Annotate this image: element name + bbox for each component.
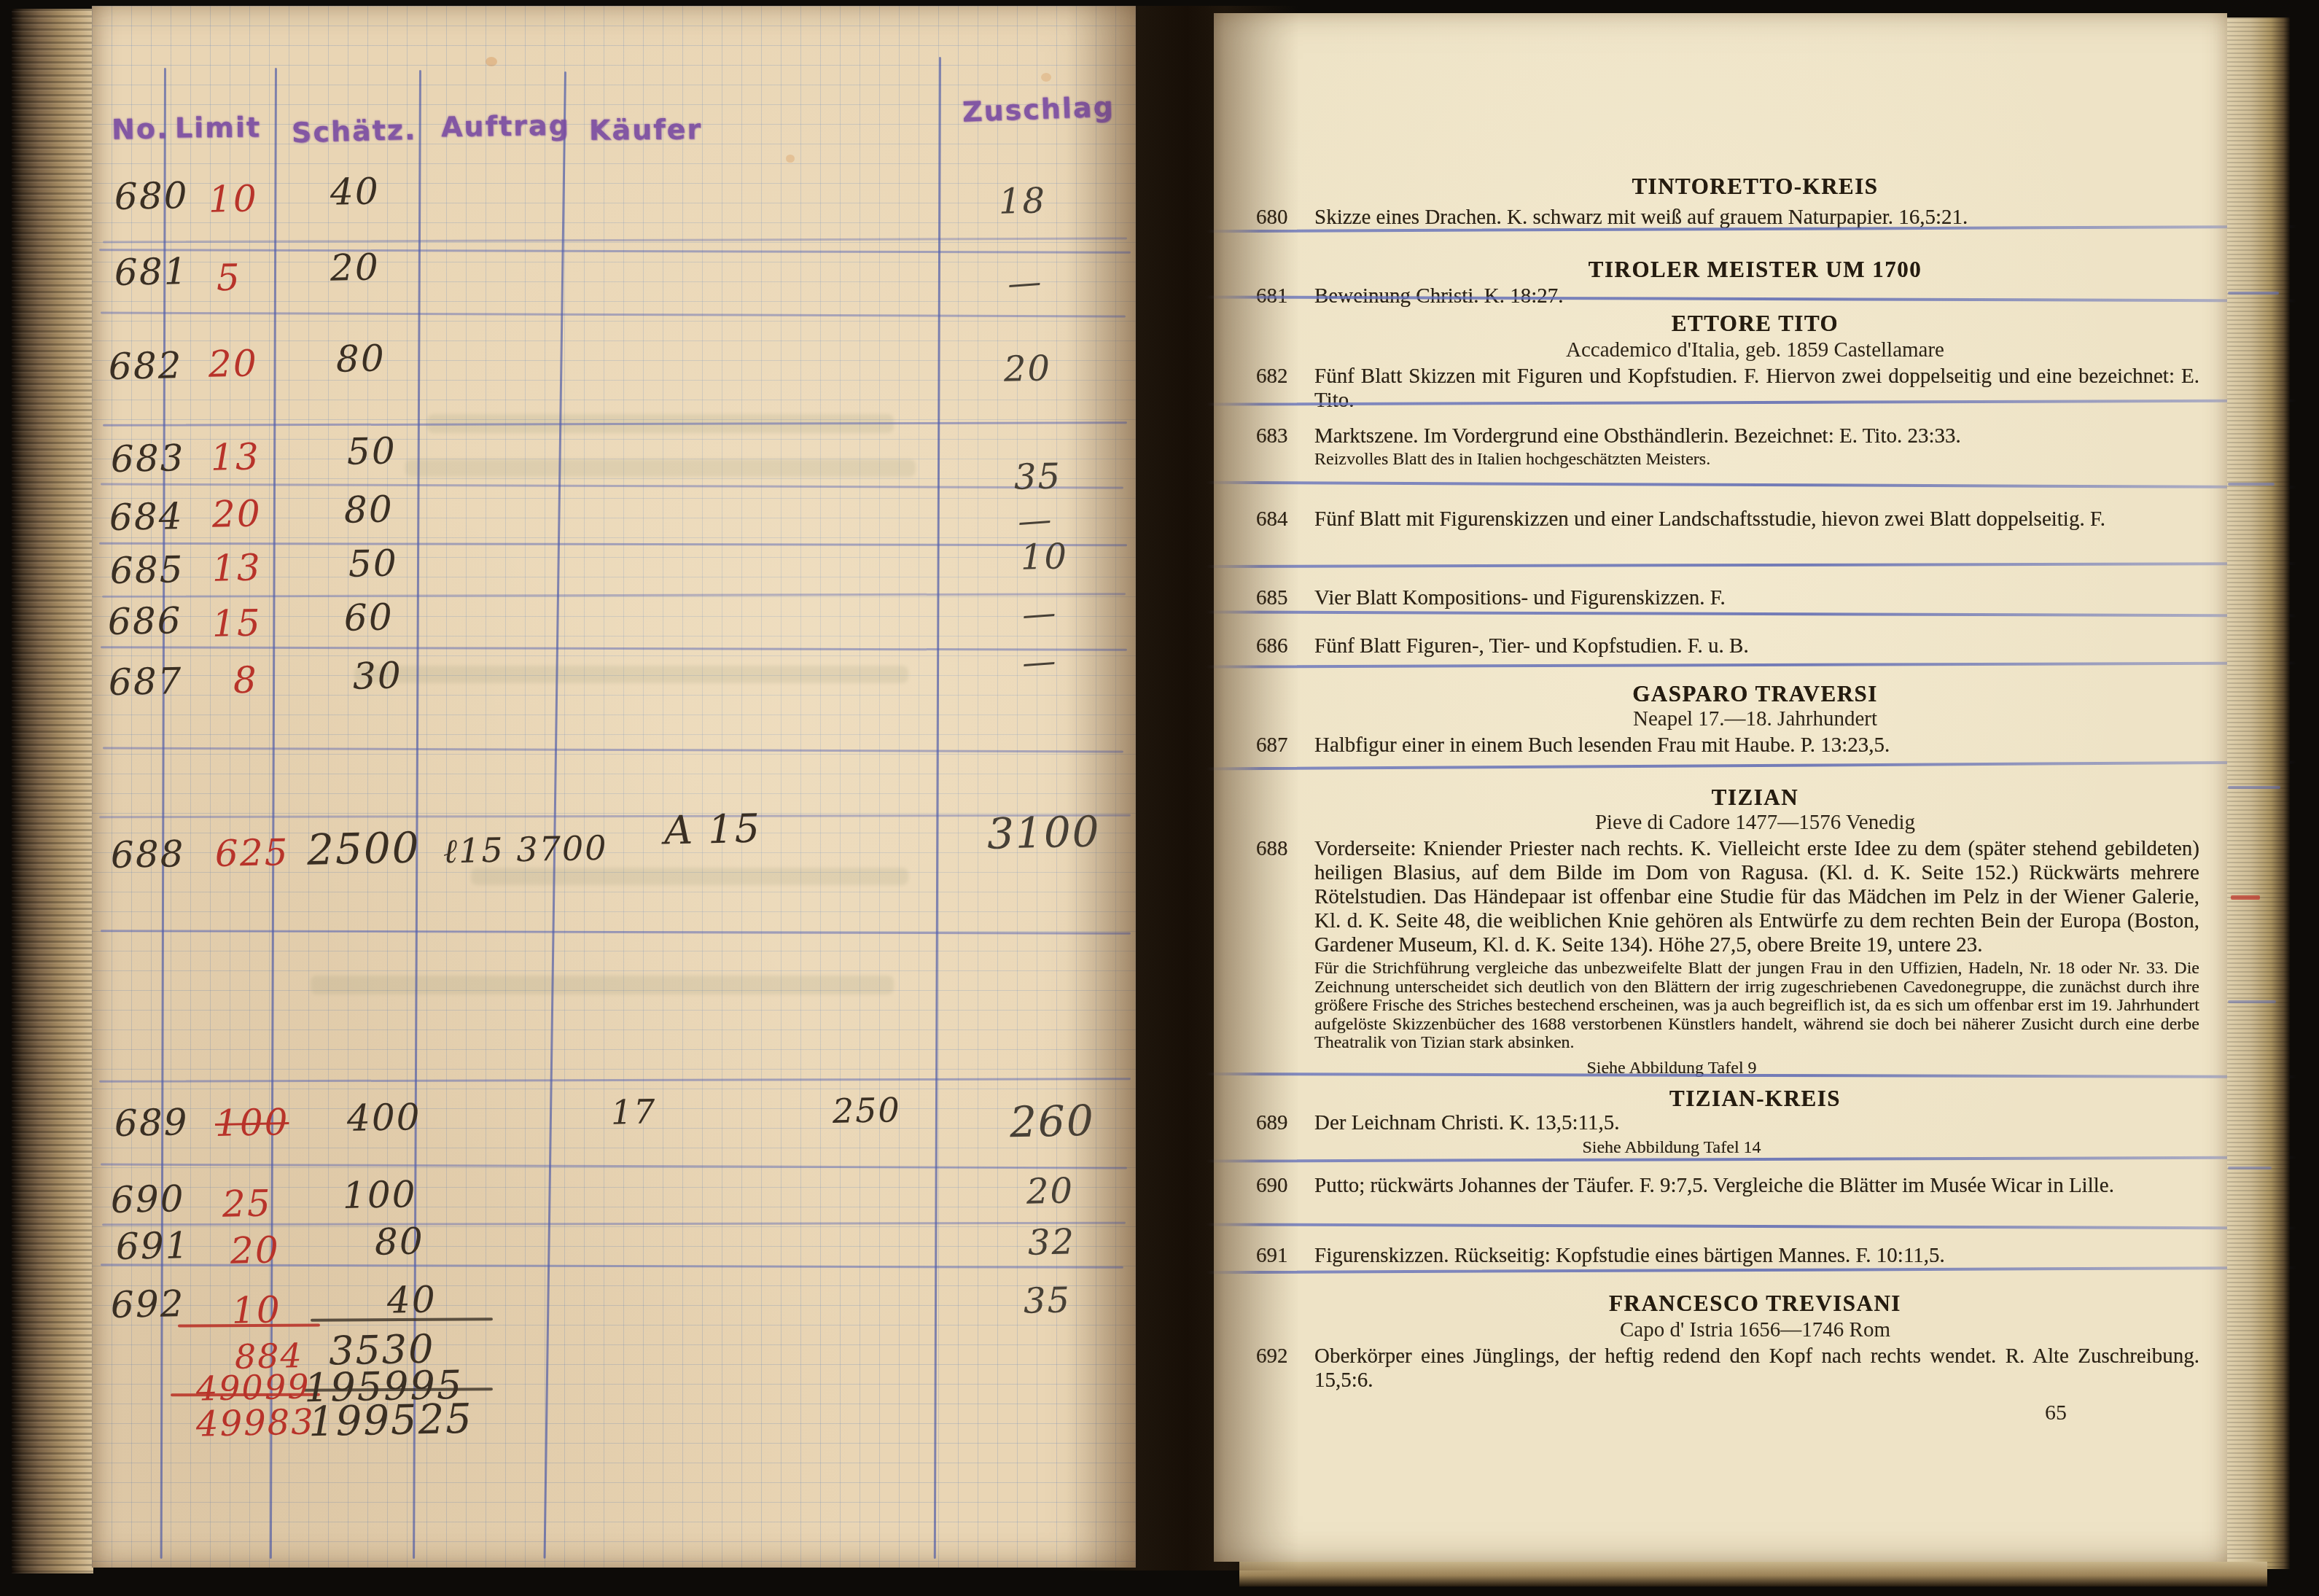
catalog-entry: 682 Fünf Blatt Skizzen mit Figuren und K… xyxy=(1256,365,2199,413)
bottom-page-stack xyxy=(1239,1562,2267,1587)
paper-stain xyxy=(786,155,795,163)
hammer-price: 20 xyxy=(1026,1170,1074,1212)
hammer-price: 18 xyxy=(998,180,1046,222)
catalog-entry: 689 Der Leichnam Christi. K. 13,5:11,5. … xyxy=(1256,1111,2199,1160)
ledger-column-rule xyxy=(270,68,277,1559)
column-header-kaeufer: Käufer xyxy=(589,113,703,146)
estimate-value: 60 xyxy=(343,596,394,639)
catalog-entry-text: Der Leichnam Christi. K. 13,5:11,5. xyxy=(1314,1111,1620,1134)
pencil-edge-mark xyxy=(2228,483,2275,486)
ledger-row-rule xyxy=(99,542,1127,546)
artist-bio: Neapel 17.—18. Jahrhundert xyxy=(1312,707,2198,731)
ledger-row-rule xyxy=(103,747,1123,753)
scanned-auction-book: No. Limit Schätz. Auftrag Käufer Zuschla… xyxy=(0,0,2319,1596)
artist-bio: Pieve di Cadore 1477—1576 Venedig xyxy=(1312,811,2198,835)
catalog-entry-number: 682 xyxy=(1256,365,1288,389)
ledger-row-rule xyxy=(101,312,1126,318)
catalog-entry-text: Halbfigur einer in einem Buch lesenden F… xyxy=(1314,733,1890,757)
lot-number: 681 xyxy=(114,250,189,294)
ledger-row-rule xyxy=(101,1164,1127,1169)
estimate-value: 30 xyxy=(352,654,402,697)
catalog-entry: 692 Oberkörper eines Jünglings, der heft… xyxy=(1256,1344,2199,1393)
pencil-separator-line xyxy=(1207,562,2296,568)
ledger-row-rule xyxy=(99,814,1131,818)
hammer-price: 260 xyxy=(1009,1096,1095,1147)
paper-stain xyxy=(1041,73,1051,82)
catalog-entry-number: 687 xyxy=(1256,733,1288,758)
artist-heading: TIZIAN-KREIS xyxy=(1312,1086,2198,1112)
catalog-entry: 691 Figurenskizzen. Rückseitig: Kopfstud… xyxy=(1256,1244,2199,1268)
artist-heading: TINTORETTO-KREIS xyxy=(1312,174,2198,200)
hammer-price: 35 xyxy=(1013,456,1061,497)
ledger-row-rule xyxy=(99,249,1131,254)
ledger-page: No. Limit Schätz. Auftrag Käufer Zuschla… xyxy=(92,6,1136,1568)
pencil-separator-line xyxy=(1207,760,2296,770)
column-header-auftrag: Auftrag xyxy=(441,109,570,143)
catalog-entry-text: Skizze eines Drachen. K. schwarz mit wei… xyxy=(1314,206,1968,229)
catalog-entry-number: 685 xyxy=(1256,586,1288,610)
artist-heading: TIROLER MEISTER UM 1700 xyxy=(1312,257,2198,283)
limit-value: 10 xyxy=(231,1288,281,1331)
ledger-row-rule xyxy=(103,238,1127,244)
catalog-entry-number: 686 xyxy=(1256,634,1288,658)
estimate-value: 400 xyxy=(346,1096,421,1140)
pencil-edge-mark xyxy=(2228,1167,2272,1169)
limit-value: 100 xyxy=(214,1101,289,1145)
column-header-no: No. xyxy=(112,112,169,145)
lot-number: 682 xyxy=(108,344,183,388)
limit-grand-total: 49983 xyxy=(195,1401,315,1444)
estimate-value: 50 xyxy=(348,542,398,585)
lot-number: 685 xyxy=(109,548,184,592)
catalog-entry-text: Vier Blatt Kompositions- und Figurenskiz… xyxy=(1314,586,1726,610)
limit-value: 10 xyxy=(208,177,258,220)
estimate-grand-total: 199525 xyxy=(308,1395,473,1447)
pencil-separator-line xyxy=(1207,661,2296,668)
artist-heading: GASPARO TRAVERSI xyxy=(1312,681,2198,707)
fore-edge-page-stack xyxy=(2227,17,2290,1569)
lot-number: 687 xyxy=(108,660,183,704)
pencil-separator-line xyxy=(1207,1223,2296,1229)
lot-number: 680 xyxy=(114,174,189,218)
catalog-entry-text: Figurenskizzen. Rückseitig: Kopfstudie e… xyxy=(1314,1244,1945,1267)
catalog-entry-number: 688 xyxy=(1256,837,1288,861)
estimate-value: 40 xyxy=(386,1278,437,1321)
catalog-entry-text: Oberkörper eines Jünglings, der heftig r… xyxy=(1314,1344,2199,1392)
ledger-row-rule xyxy=(103,421,1127,427)
show-through-smudge xyxy=(471,868,908,885)
catalog-entry-number: 689 xyxy=(1256,1111,1288,1135)
book-binding-edge xyxy=(12,9,93,1573)
limit-value: 13 xyxy=(211,546,262,589)
limit-value: 25 xyxy=(222,1182,272,1225)
artist-bio: Accademico d'Italia, geb. 1859 Castellam… xyxy=(1312,338,2198,362)
ledger-row-rule xyxy=(102,593,1126,598)
catalog-entry: 690 Putto; rückwärts Johannes der Täufer… xyxy=(1256,1174,2199,1198)
limit-value: 625 xyxy=(214,831,289,875)
pencil-edge-mark xyxy=(2228,292,2279,295)
show-through-smudge xyxy=(311,976,894,994)
hammer-price: — xyxy=(1006,261,1044,303)
catalog-entry-number: 680 xyxy=(1256,206,1288,230)
catalog-entry-text: Fünf Blatt mit Figurenskizzen und einer … xyxy=(1314,507,2105,531)
catalog-entry: 683 Marktszene. Im Vordergrund eine Obst… xyxy=(1256,424,2199,470)
lot-number: 684 xyxy=(109,495,184,539)
page-number: 65 xyxy=(2045,1401,2067,1425)
lot-number: 690 xyxy=(110,1177,185,1221)
hammer-price: 3100 xyxy=(986,806,1101,858)
estimate-value: 80 xyxy=(374,1220,424,1263)
hammer-price: 20 xyxy=(1003,348,1051,389)
lot-number: 683 xyxy=(110,437,185,480)
catalog-entry-text: Fünf Blatt Figuren-, Tier- und Kopfstudi… xyxy=(1314,634,1749,658)
catalog-entry-number: 684 xyxy=(1256,507,1288,532)
ledger-row-rule xyxy=(101,483,1123,489)
column-header-limit: Limit xyxy=(175,111,261,144)
catalog-entry-number: 683 xyxy=(1256,424,1288,448)
hammer-price: — xyxy=(1021,640,1059,682)
ledger-row-rule xyxy=(101,646,1127,651)
catalog-entry-note: Für die Strichführung vergleiche das unb… xyxy=(1314,959,2199,1053)
artist-heading: FRANCESCO TREVISANI xyxy=(1312,1291,2198,1317)
limit-value: 20 xyxy=(211,492,262,535)
ledger-column-rule xyxy=(934,57,941,1559)
pencil-edge-mark xyxy=(2228,1000,2276,1003)
artist-bio: Capo d' Istria 1656—1746 Rom xyxy=(1312,1318,2198,1342)
estimate-value: 80 xyxy=(343,488,394,531)
hammer-price: — xyxy=(1021,592,1059,634)
limit-value: 5 xyxy=(216,257,241,300)
catalog-entry: 686 Fünf Blatt Figuren-, Tier- und Kopfs… xyxy=(1256,634,2199,658)
show-through-smudge xyxy=(405,459,916,477)
catalog-page: TINTORETTO-KREIS 680 Skizze eines Drache… xyxy=(1214,13,2227,1562)
lot-number: 691 xyxy=(115,1224,190,1268)
column-header-zuschlag: Zuschlag xyxy=(962,90,1115,128)
estimate-value: 100 xyxy=(342,1173,417,1217)
artist-heading: TIZIAN xyxy=(1312,785,2198,811)
catalog-entry: 685 Vier Blatt Kompositions- und Figuren… xyxy=(1256,586,2199,610)
hammer-price: 35 xyxy=(1023,1280,1071,1321)
estimate-value: 50 xyxy=(346,429,397,472)
catalog-entry: 687 Halbfigur einer in einem Buch lesend… xyxy=(1256,733,2199,758)
buyer-value: A 15 xyxy=(663,806,761,854)
ledger-row-rule xyxy=(99,1078,1131,1083)
plate-reference: Siehe Abbildung Tafel 14 xyxy=(1314,1136,2029,1160)
lot-number: 689 xyxy=(114,1101,189,1145)
estimate-value: 40 xyxy=(330,170,380,213)
hammer-price: 32 xyxy=(1027,1221,1075,1263)
show-through-smudge xyxy=(354,666,908,683)
limit-value: 20 xyxy=(208,342,258,385)
catalog-entry-number: 690 xyxy=(1256,1174,1288,1198)
catalog-entry: 684 Fünf Blatt mit Figurenskizzen und ei… xyxy=(1256,507,2199,532)
estimate-value: 2500 xyxy=(306,822,421,874)
catalog-entry-number: 692 xyxy=(1256,1344,1288,1369)
hammer-price: — xyxy=(1016,499,1054,540)
limit-value: 8 xyxy=(233,659,258,702)
pencil-separator-line xyxy=(1207,481,2296,489)
paper-stain xyxy=(486,57,497,66)
catalog-entry-text: Vorderseite: Kniender Priester nach rech… xyxy=(1314,837,2199,957)
order-value: 17 xyxy=(610,1091,657,1132)
limit-value: 15 xyxy=(211,602,262,645)
estimate-value: 80 xyxy=(335,337,386,380)
column-header-schaetz: Schätz. xyxy=(291,114,416,149)
lot-number: 692 xyxy=(110,1282,185,1326)
catalog-entry-number: 691 xyxy=(1256,1244,1288,1268)
estimate-value: 20 xyxy=(330,246,380,289)
ledger-row-rule xyxy=(101,930,1131,935)
lot-number: 688 xyxy=(110,833,185,876)
catalog-entry: 688 Vorderseite: Kniender Priester nach … xyxy=(1256,837,2199,1081)
catalog-entry-note: Reizvolles Blatt des in Italien hochgesc… xyxy=(1314,451,2199,470)
pencil-edge-mark xyxy=(2228,786,2280,789)
catalog-entry-text: Putto; rückwärts Johannes der Täufer. F.… xyxy=(1314,1174,2114,1197)
pencil-separator-line xyxy=(1207,610,2296,617)
catalog-entry-text: Marktszene. Im Vordergrund eine Obsthänd… xyxy=(1314,424,1961,448)
hammer-price: 10 xyxy=(1020,536,1068,577)
order-value: ℓ15 3700 xyxy=(443,828,607,871)
limit-value: 13 xyxy=(210,435,260,478)
lot-number: 686 xyxy=(107,599,182,643)
buyer-value: 250 xyxy=(832,1090,901,1131)
red-edge-mark xyxy=(2231,895,2260,900)
artist-heading: ETTORE TITO xyxy=(1312,311,2198,337)
limit-value: 20 xyxy=(230,1229,280,1272)
